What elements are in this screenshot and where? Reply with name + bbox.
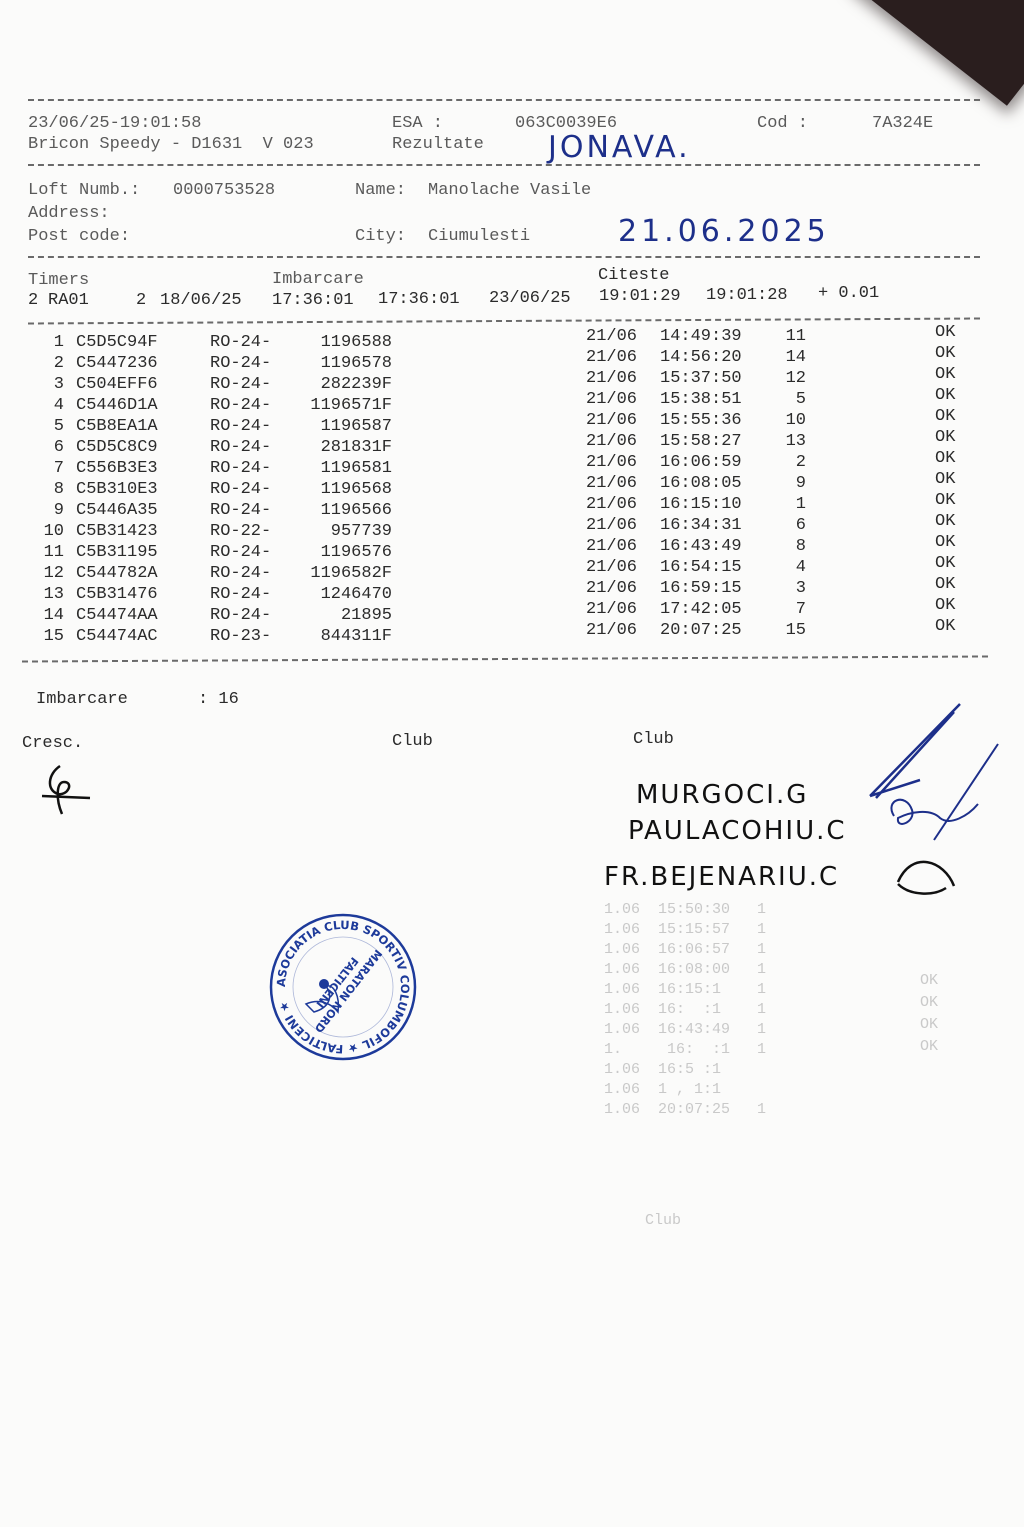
cell-ring: 1196571F (310, 395, 392, 416)
cell-pos: 3 (54, 374, 64, 395)
cell-date: 21/06 (586, 515, 637, 536)
table-row: 15C54474ACRO-23-844311F21/0620:07:2515OK (0, 626, 1024, 647)
cell-status: OK (935, 448, 955, 469)
cell-time: 17:42:05 (660, 599, 742, 620)
timers-label: Timers (28, 271, 89, 291)
divider (28, 256, 980, 258)
cell-pos: 14 (44, 605, 64, 626)
cell-ring: 1196566 (321, 500, 392, 521)
basketing-label: Imbarcare (272, 270, 364, 290)
cell-chip: C556B3E3 (76, 458, 158, 479)
table-row: 9C5446A35RO-24-119656621/0616:15:101OK (0, 500, 1024, 521)
cell-status: OK (935, 616, 955, 637)
date-handwritten: 21.06.2025 (618, 214, 830, 249)
cell-status: OK (935, 574, 955, 595)
cell-date: 21/06 (586, 473, 637, 494)
esa-label: ESA : (392, 114, 443, 134)
cell-basket-no: 11 (786, 326, 806, 347)
cell-chip: C504EFF6 (76, 374, 158, 395)
cell-country-year: RO-22- (210, 521, 271, 542)
cell-pos: 9 (54, 500, 64, 521)
basketing-time-2: 17:36:01 (378, 290, 460, 310)
city-label: City: (355, 227, 406, 247)
reading-time-2: 19:01:28 (706, 286, 788, 306)
cell-country-year: RO-24- (210, 353, 271, 374)
cell-date: 21/06 (586, 410, 637, 431)
cell-ring: 844311F (321, 626, 392, 647)
cell-ring: 1196576 (321, 542, 392, 563)
cell-date: 21/06 (586, 431, 637, 452)
basketing-date: 18/06/25 (160, 291, 242, 311)
basketing-time-1: 17:36:01 (272, 291, 354, 311)
cod-label: Cod : (757, 114, 808, 134)
cell-ring: 1196581 (321, 458, 392, 479)
cell-country-year: RO-24- (210, 374, 271, 395)
cell-chip: C54474AA (76, 605, 158, 626)
table-row: 3C504EFF6RO-24-282239F21/0615:37:5012OK (0, 374, 1024, 395)
cell-chip: C5D5C8C9 (76, 437, 158, 458)
cell-ring: 957739 (331, 521, 392, 542)
cell-time: 16:15:10 (660, 494, 742, 515)
cell-ring: 21895 (341, 605, 392, 626)
cell-chip: C544782A (76, 563, 158, 584)
cell-pos: 4 (54, 395, 64, 416)
cell-basket-no: 12 (786, 368, 806, 389)
cell-country-year: RO-24- (210, 500, 271, 521)
basketed-label: Imbarcare (36, 690, 128, 710)
cell-time: 15:58:27 (660, 431, 742, 452)
cell-basket-no: 2 (796, 452, 806, 473)
cell-date: 21/06 (586, 494, 637, 515)
cell-date: 21/06 (586, 347, 637, 368)
cell-basket-no: 5 (796, 389, 806, 410)
race-handwritten: JONAVA. (548, 130, 691, 165)
table-row: 8C5B310E3RO-24-119656821/0616:08:059OK (0, 479, 1024, 500)
cell-status: OK (935, 511, 955, 532)
breeder-signature (38, 760, 98, 820)
table-row: 5C5B8EA1ARO-24-119658721/0615:55:3610OK (0, 416, 1024, 437)
cell-country-year: RO-24- (210, 458, 271, 479)
cell-chip: C5B31476 (76, 584, 158, 605)
cell-date: 21/06 (586, 389, 637, 410)
cell-chip: C5B310E3 (76, 479, 158, 500)
cell-ring: 1196578 (321, 353, 392, 374)
cell-status: OK (935, 553, 955, 574)
cell-status: OK (935, 322, 955, 343)
divider (28, 318, 980, 325)
cell-time: 14:49:39 (660, 326, 742, 347)
cell-basket-no: 13 (786, 431, 806, 452)
cell-date: 21/06 (586, 599, 637, 620)
signatory-2: PAULACOHIU.C (628, 816, 847, 846)
results-label: Rezultate (392, 135, 484, 155)
club-stamp: ASOCIATIA CLUB SPORTIV COLUMBOFIL ★ FALT… (268, 912, 418, 1062)
club-label-1: Club (392, 732, 433, 752)
cell-basket-no: 1 (796, 494, 806, 515)
cell-chip: C54474AC (76, 626, 158, 647)
club-signatures (850, 700, 1010, 910)
cell-chip: C5446D1A (76, 395, 158, 416)
cell-time: 16:34:31 (660, 515, 742, 536)
cell-status: OK (935, 343, 955, 364)
breeder-label: Cresc. (22, 734, 83, 754)
table-row: 10C5B31423RO-22-95773921/0616:34:316OK (0, 521, 1024, 542)
signatory-1: MURGOCI.G (636, 780, 808, 810)
cell-basket-no: 9 (796, 473, 806, 494)
cell-chip: C5446A35 (76, 500, 158, 521)
table-row: 6C5D5C8C9RO-24-281831F21/0615:58:2713OK (0, 437, 1024, 458)
cell-basket-no: 8 (796, 536, 806, 557)
table-row: 14C54474AARO-24-2189521/0617:42:057OK (0, 605, 1024, 626)
divider (22, 655, 988, 662)
cell-pos: 12 (44, 563, 64, 584)
basketing-count: 2 (136, 291, 146, 311)
cell-country-year: RO-24- (210, 416, 271, 437)
cell-ring: 1196587 (321, 416, 392, 437)
cell-ring: 1196588 (321, 332, 392, 353)
cell-country-year: RO-24- (210, 605, 271, 626)
bleed-through-ok: OK OK OK OK (920, 970, 938, 1058)
cell-country-year: RO-24- (210, 563, 271, 584)
cell-time: 16:43:49 (660, 536, 742, 557)
cell-status: OK (935, 490, 955, 511)
address-label: Address: (28, 204, 110, 224)
postcode-label: Post code: (28, 227, 130, 247)
cell-date: 21/06 (586, 368, 637, 389)
print-datetime: 23/06/25-19:01:58 (28, 114, 201, 134)
cell-pos: 6 (54, 437, 64, 458)
cell-time: 15:37:50 (660, 368, 742, 389)
bleed-through: 1.06 15:50:30 1 1.06 15:15:57 1 1.06 16:… (604, 900, 766, 1120)
timer-id: RA01 (48, 291, 89, 311)
divider (28, 99, 980, 101)
table-row: 4C5446D1ARO-24-1196571F21/0615:38:515OK (0, 395, 1024, 416)
cell-chip: C5447236 (76, 353, 158, 374)
cell-country-year: RO-24- (210, 437, 271, 458)
cell-status: OK (935, 595, 955, 616)
cell-time: 15:38:51 (660, 389, 742, 410)
cell-chip: C5B31423 (76, 521, 158, 542)
table-row: 11C5B31195RO-24-119657621/0616:43:498OK (0, 542, 1024, 563)
cell-country-year: RO-23- (210, 626, 271, 647)
table-row: 12C544782ARO-24-1196582F21/0616:54:154OK (0, 563, 1024, 584)
cell-country-year: RO-24- (210, 479, 271, 500)
cell-ring: 1196582F (310, 563, 392, 584)
scanner-shadow (857, 0, 1024, 106)
club-label-2: Club (633, 730, 674, 750)
table-row: 2C5447236RO-24-119657821/0614:56:2014OK (0, 353, 1024, 374)
cell-pos: 8 (54, 479, 64, 500)
cell-pos: 15 (44, 626, 64, 647)
cell-time: 16:08:05 (660, 473, 742, 494)
cell-time: 20:07:25 (660, 620, 742, 641)
name-value: Manolache Vasile (428, 181, 591, 201)
cell-basket-no: 10 (786, 410, 806, 431)
table-row: 1C5D5C94FRO-24-119658821/0614:49:3911OK (0, 332, 1024, 353)
loft-value: 0000753528 (173, 181, 275, 201)
cell-time: 16:54:15 (660, 557, 742, 578)
cell-ring: 281831F (321, 437, 392, 458)
cell-status: OK (935, 469, 955, 490)
cell-pos: 2 (54, 353, 64, 374)
printed-receipt: 23/06/25-19:01:58 Bricon Speedy - D1631 … (0, 0, 1024, 1527)
cell-date: 21/06 (586, 536, 637, 557)
cell-country-year: RO-24- (210, 332, 271, 353)
cell-date: 21/06 (586, 557, 637, 578)
city-value: Ciumulesti (428, 227, 530, 247)
cell-ring: 1196568 (321, 479, 392, 500)
cell-pos: 5 (54, 416, 64, 437)
reading-time-1: 19:01:29 (599, 287, 681, 307)
loft-label: Loft Numb.: (28, 181, 140, 201)
table-row: 7C556B3E3RO-24-119658121/0616:06:592OK (0, 458, 1024, 479)
basketed-value: : 16 (198, 690, 239, 710)
cell-ring: 1246470 (321, 584, 392, 605)
cell-pos: 1 (54, 332, 64, 353)
cell-pos: 10 (44, 521, 64, 542)
cell-status: OK (935, 385, 955, 406)
cod-value: 7A324E (872, 114, 933, 134)
reading-label: Citeste (598, 266, 669, 286)
ghost-club-label: Club (645, 1212, 681, 1229)
cell-basket-no: 14 (786, 347, 806, 368)
table-row: 13C5B31476RO-24-124647021/0616:59:153OK (0, 584, 1024, 605)
cell-time: 16:59:15 (660, 578, 742, 599)
cell-pos: 13 (44, 584, 64, 605)
cell-pos: 7 (54, 458, 64, 479)
cell-date: 21/06 (586, 326, 637, 347)
cell-basket-no: 6 (796, 515, 806, 536)
cell-chip: C5B31195 (76, 542, 158, 563)
cell-status: OK (935, 364, 955, 385)
cell-status: OK (935, 532, 955, 553)
cell-country-year: RO-24- (210, 395, 271, 416)
divider (28, 164, 980, 166)
cell-time: 14:56:20 (660, 347, 742, 368)
cell-pos: 11 (44, 542, 64, 563)
name-label: Name: (355, 181, 406, 201)
cell-basket-no: 3 (796, 578, 806, 599)
cell-time: 16:06:59 (660, 452, 742, 473)
cell-basket-no: 15 (786, 620, 806, 641)
cell-status: OK (935, 406, 955, 427)
cell-date: 21/06 (586, 578, 637, 599)
cell-ring: 282239F (321, 374, 392, 395)
deviation: + 0.01 (818, 284, 879, 304)
cell-country-year: RO-24- (210, 542, 271, 563)
timer-count: 2 (28, 291, 38, 311)
cell-chip: C5D5C94F (76, 332, 158, 353)
cell-date: 21/06 (586, 452, 637, 473)
cell-country-year: RO-24- (210, 584, 271, 605)
cell-time: 15:55:36 (660, 410, 742, 431)
cell-chip: C5B8EA1A (76, 416, 158, 437)
cell-date: 21/06 (586, 620, 637, 641)
cell-basket-no: 4 (796, 557, 806, 578)
device-info: Bricon Speedy - D1631 V 023 (28, 135, 314, 155)
signatory-3: FR.BEJENARIU.C (604, 862, 839, 892)
reading-date: 23/06/25 (489, 289, 571, 309)
cell-basket-no: 7 (796, 599, 806, 620)
cell-status: OK (935, 427, 955, 448)
